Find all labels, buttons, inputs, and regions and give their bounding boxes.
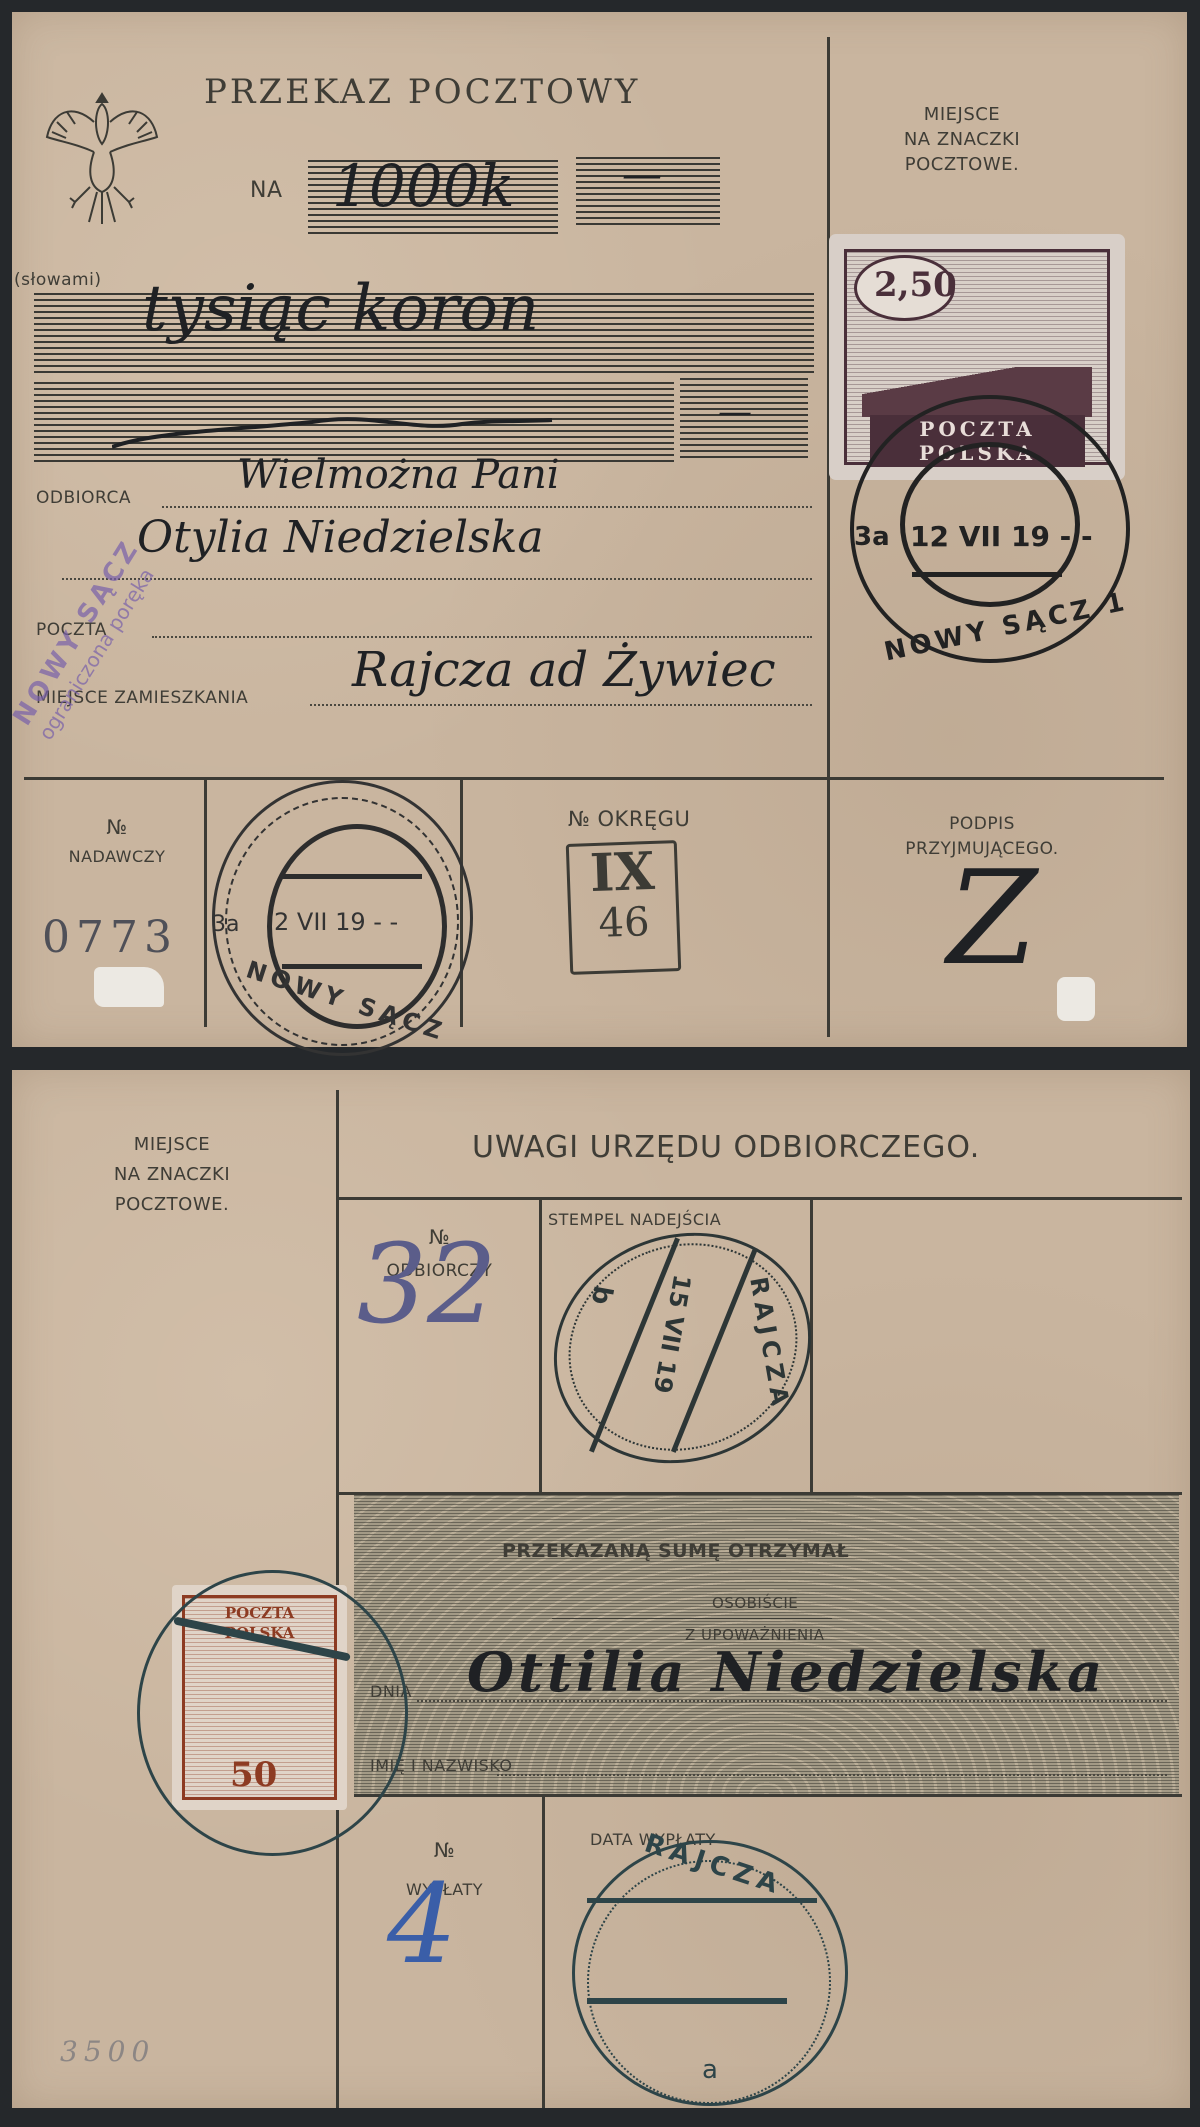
- polish-eagle-icon: [42, 82, 162, 232]
- postmark-bottom-prefix: 3a: [212, 912, 239, 937]
- divider-vertical-right: [827, 37, 830, 1037]
- words-dash: —: [718, 392, 752, 432]
- payout-letter: a: [702, 2055, 718, 2085]
- postmark-bottom-date: 2 VII 19 - -: [274, 908, 398, 936]
- residence-value[interactable]: Rajcza ad Żywiec: [352, 642, 776, 698]
- payee-signature[interactable]: Ottilia Niedzielska: [467, 1640, 1106, 1704]
- paper-damage: [94, 967, 164, 1007]
- amount-value[interactable]: 1000k: [332, 152, 515, 220]
- sender-number-label: № NADAWCZY: [32, 812, 202, 872]
- payout-number-value[interactable]: 4: [387, 1860, 457, 1988]
- postmark-date: 12 VII 19 - -: [910, 520, 1093, 553]
- recipient-line-2[interactable]: Otylia Niedzielska: [137, 512, 544, 563]
- postmark-stamp-50h: [137, 1570, 408, 1856]
- recipient-line-1[interactable]: Wielmożna Pani: [237, 452, 560, 498]
- amount-fraction-value[interactable]: —: [622, 152, 662, 198]
- form-title: PRZEKAZ POCZTOWY: [204, 72, 640, 112]
- received-heading: PRZEKAZANĄ SUMĘ OTRZYMAŁ: [502, 1540, 849, 1562]
- money-order-back: MIEJSCE NA ZNACZKI POCZTOWE. UWAGI URZĘD…: [12, 1070, 1190, 2108]
- signature-value[interactable]: Z: [947, 842, 1037, 994]
- postmark-prefix: 3a: [854, 522, 890, 552]
- district-box: IX 46: [566, 840, 682, 975]
- stamp-denomination: 2,50: [874, 265, 957, 305]
- words-value[interactable]: tysiąc koron: [142, 272, 539, 346]
- stamp-place-label: MIEJSCE NA ZNACZKI POCZTOWE.: [852, 102, 1072, 177]
- district-label: № OKRĘGU: [568, 807, 690, 831]
- paper-damage: [1057, 977, 1095, 1021]
- recipient-label: ODBIORCA: [36, 488, 131, 508]
- words-label: (słowami): [14, 270, 101, 290]
- sender-number-value: 0773: [42, 912, 178, 963]
- office-remarks-heading: UWAGI URZĘDU ODBIORCZEGO.: [472, 1130, 980, 1165]
- violet-cachet: NOWY SĄCZ ograniczona poręka: [8, 535, 168, 745]
- receiver-number-value[interactable]: 32: [357, 1220, 497, 1348]
- amount-label: NA: [250, 178, 283, 203]
- personally-label: OSOBIŚCIE: [712, 1594, 798, 1612]
- pencil-note: 3500: [60, 2035, 155, 2068]
- stamp-place-label-back: MIEJSCE NA ZNACZKI POCZTOWE.: [72, 1130, 272, 1220]
- divider-horizontal-lower: [24, 777, 1164, 780]
- money-order-front: PRZEKAZ POCZTOWY NA 1000k — (słowami) ty…: [12, 12, 1187, 1047]
- arrival-stamp-label: STEMPEL NADEJŚCIA: [548, 1210, 721, 1229]
